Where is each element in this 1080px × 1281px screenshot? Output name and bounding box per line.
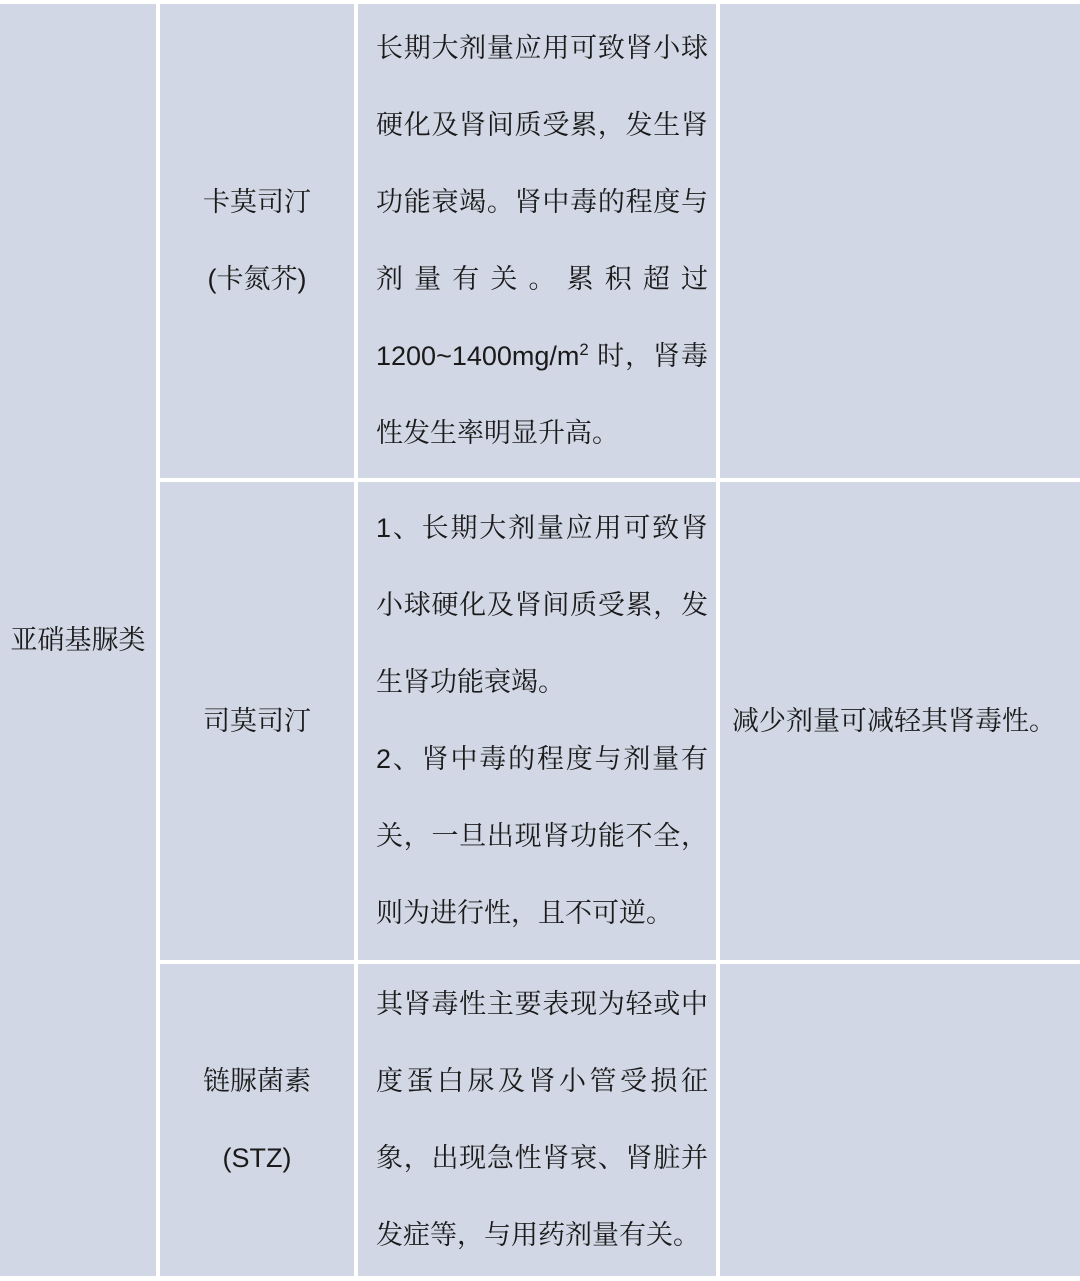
drug-nephrotoxicity-table: 亚硝基脲类 卡莫司汀 (卡氮芥) 长期大剂量应用可致肾小球硬化及肾间质受累，发生… bbox=[0, 0, 1080, 1281]
toxicity-point-2: 2、肾中毒的程度与剂量有关，一旦出现肾功能不全，则为进行性，且不可逆。 bbox=[376, 721, 708, 952]
superscript: 2 bbox=[579, 340, 588, 359]
note-cell-row3 bbox=[720, 964, 1080, 1276]
note-cell-row2: 减少剂量可减轻其肾毒性。 bbox=[720, 482, 1080, 960]
drug-name: 链脲菌素 bbox=[203, 1043, 311, 1120]
category-label: 亚硝基脲类 bbox=[11, 602, 146, 679]
category-cell: 亚硝基脲类 bbox=[0, 4, 156, 1276]
drug-name: 卡莫司汀 bbox=[203, 164, 311, 241]
note-text: 减少剂量可减轻其肾毒性。 bbox=[732, 683, 1072, 760]
drug-alias: (卡氮芥) bbox=[208, 241, 307, 318]
drug-cell-streptozocin: 链脲菌素 (STZ) bbox=[160, 964, 354, 1276]
toxicity-text: 其肾毒性主要表现为轻或中度蛋白尿及肾小管受损征象，出现急性肾衰、肾脏并发症等，与… bbox=[376, 966, 708, 1274]
toxicity-point-1: 1、长期大剂量应用可致肾小球硬化及肾间质受累，发生肾功能衰竭。 bbox=[376, 490, 708, 721]
drug-name: 司莫司汀 bbox=[203, 683, 311, 760]
toxicity-cell-streptozocin: 其肾毒性主要表现为轻或中度蛋白尿及肾小管受损征象，出现急性肾衰、肾脏并发症等，与… bbox=[358, 964, 716, 1276]
drug-alias: (STZ) bbox=[223, 1120, 292, 1197]
toxicity-cell-carmustine: 长期大剂量应用可致肾小球硬化及肾间质受累，发生肾功能衰竭。肾中毒的程度与剂量有关… bbox=[358, 4, 716, 478]
toxicity-text: 长期大剂量应用可致肾小球硬化及肾间质受累，发生肾功能衰竭。肾中毒的程度与剂量有关… bbox=[376, 10, 708, 472]
note-cell-row1 bbox=[720, 4, 1080, 478]
toxicity-cell-semustine: 1、长期大剂量应用可致肾小球硬化及肾间质受累，发生肾功能衰竭。 2、肾中毒的程度… bbox=[358, 482, 716, 960]
drug-cell-carmustine: 卡莫司汀 (卡氮芥) bbox=[160, 4, 354, 478]
drug-cell-semustine: 司莫司汀 bbox=[160, 482, 354, 960]
